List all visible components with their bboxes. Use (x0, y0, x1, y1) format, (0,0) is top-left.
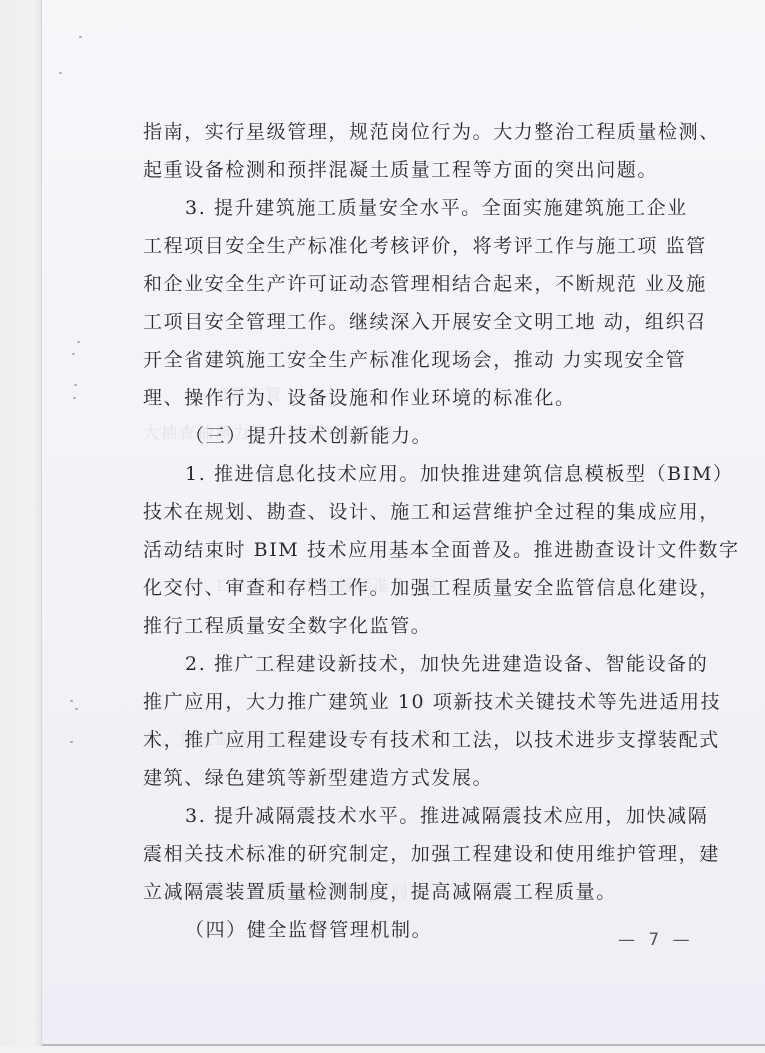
page-number: — 7 — (618, 930, 694, 950)
section-heading: （三）提升技术创新能力。 (143, 417, 683, 455)
paragraph-start-line: 2. 推广工程建设新技术，加快先进建造设备、智能设备的 (143, 645, 683, 683)
margin-mark (72, 353, 75, 355)
paragraph-start-line: 1. 推进信息化技术应用。加快推进建筑信息模板型（BIM） (143, 455, 683, 493)
margin-mark (59, 72, 62, 74)
margin-mark (77, 341, 80, 343)
text-line: 术，推广应用工程建设专有技术和工法，以技术进步支撑装配式 (143, 721, 683, 759)
margin-mark (79, 36, 82, 38)
text-line: 和企业安全生产许可证动态管理相结合起来，不断规范 业及施 (143, 265, 683, 303)
text-line: 化交付、审查和存档工作。加强工程质量安全监管信息化建设， (143, 569, 683, 607)
text-line: 工程项目安全生产标准化考核评价，将考评工作与施工项 监管 (143, 227, 683, 265)
scanner-bottom-strip (0, 1046, 765, 1053)
margin-mark (70, 700, 73, 702)
text-line: 指南，实行星级管理，规范岗位行为。大力整治工程质量检测、 (143, 113, 683, 151)
margin-mark (73, 397, 76, 399)
margin-mark (70, 741, 73, 743)
text-line: 技术在规划、勘查、设计、施工和运营维护全过程的集成应用， (143, 493, 683, 531)
text-line: 立减隔震装置质量检测制度，提高减隔震工程质量。 (143, 873, 683, 911)
text-line: 建筑、绿色建筑等新型建造方式发展。 (143, 759, 683, 797)
body-text: 指南，实行星级管理，规范岗位行为。大力整治工程质量检测、 起重设备检测和预拌混凝… (143, 113, 683, 949)
margin-mark (74, 384, 77, 386)
section-heading: （四）健全监督管理机制。 (143, 911, 683, 949)
paragraph-start-line: 3. 提升减隔震技术水平。推进减隔震技术应用，加快减隔 (143, 797, 683, 835)
scanner-background-strip (0, 0, 42, 1053)
paragraph-start-line: 3. 提升建筑施工质量安全水平。全面实施建筑施工企业 (143, 189, 683, 227)
text-line: 活动结束时 BIM 技术应用基本全面普及。推进勘查设计文件数字 (143, 531, 683, 569)
text-line: 工项目安全管理工作。继续深入开展安全文明工地 动，组织召 (143, 303, 683, 341)
text-line: 起重设备检测和预拌混凝土质量工程等方面的突出问题。 (143, 151, 683, 189)
text-line: 震相关技术标准的研究制定，加强工程建设和使用维护管理，建 (143, 835, 683, 873)
margin-mark (75, 708, 78, 710)
text-line: 推广应用，大力推广建筑业 10 项新技术关键技术等先进适用技 (143, 683, 683, 721)
text-line: 理、操作行为、设备设施和作业环境的标准化。 (143, 379, 683, 417)
text-line: 推行工程质量安全数字化监管。 (143, 607, 683, 645)
text-line: 开全省建筑施工安全生产标准化现场会，推动 力实现安全管 (143, 341, 683, 379)
